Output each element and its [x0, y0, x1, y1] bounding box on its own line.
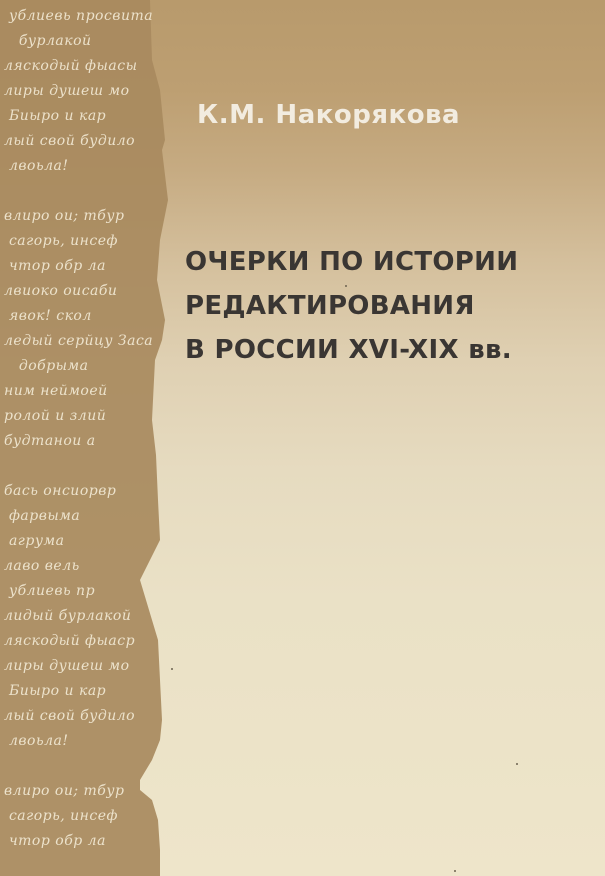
- handwriting-texture: ублиевь просвита бурлакой ляскодый фыасы…: [0, 0, 175, 876]
- book-cover: ублиевь просвита бурлакой ляскодый фыасы…: [0, 0, 605, 876]
- paper-speck: [454, 870, 456, 872]
- book-title: ОЧЕРКИ ПО ИСТОРИИ РЕДАКТИРОВАНИЯ В РОССИ…: [185, 240, 518, 372]
- author-name: К.М. Накорякова: [197, 100, 460, 130]
- paper-speck: [171, 668, 173, 670]
- title-line-3: В РОССИИ XVI-XIX вв.: [185, 328, 518, 372]
- manuscript-strip-image: ублиевь просвита бурлакой ляскодый фыасы…: [0, 0, 170, 876]
- title-line-2: РЕДАКТИРОВАНИЯ: [185, 284, 518, 328]
- paper-speck: [345, 285, 347, 287]
- title-line-1: ОЧЕРКИ ПО ИСТОРИИ: [185, 240, 518, 284]
- paper-speck: [516, 763, 518, 765]
